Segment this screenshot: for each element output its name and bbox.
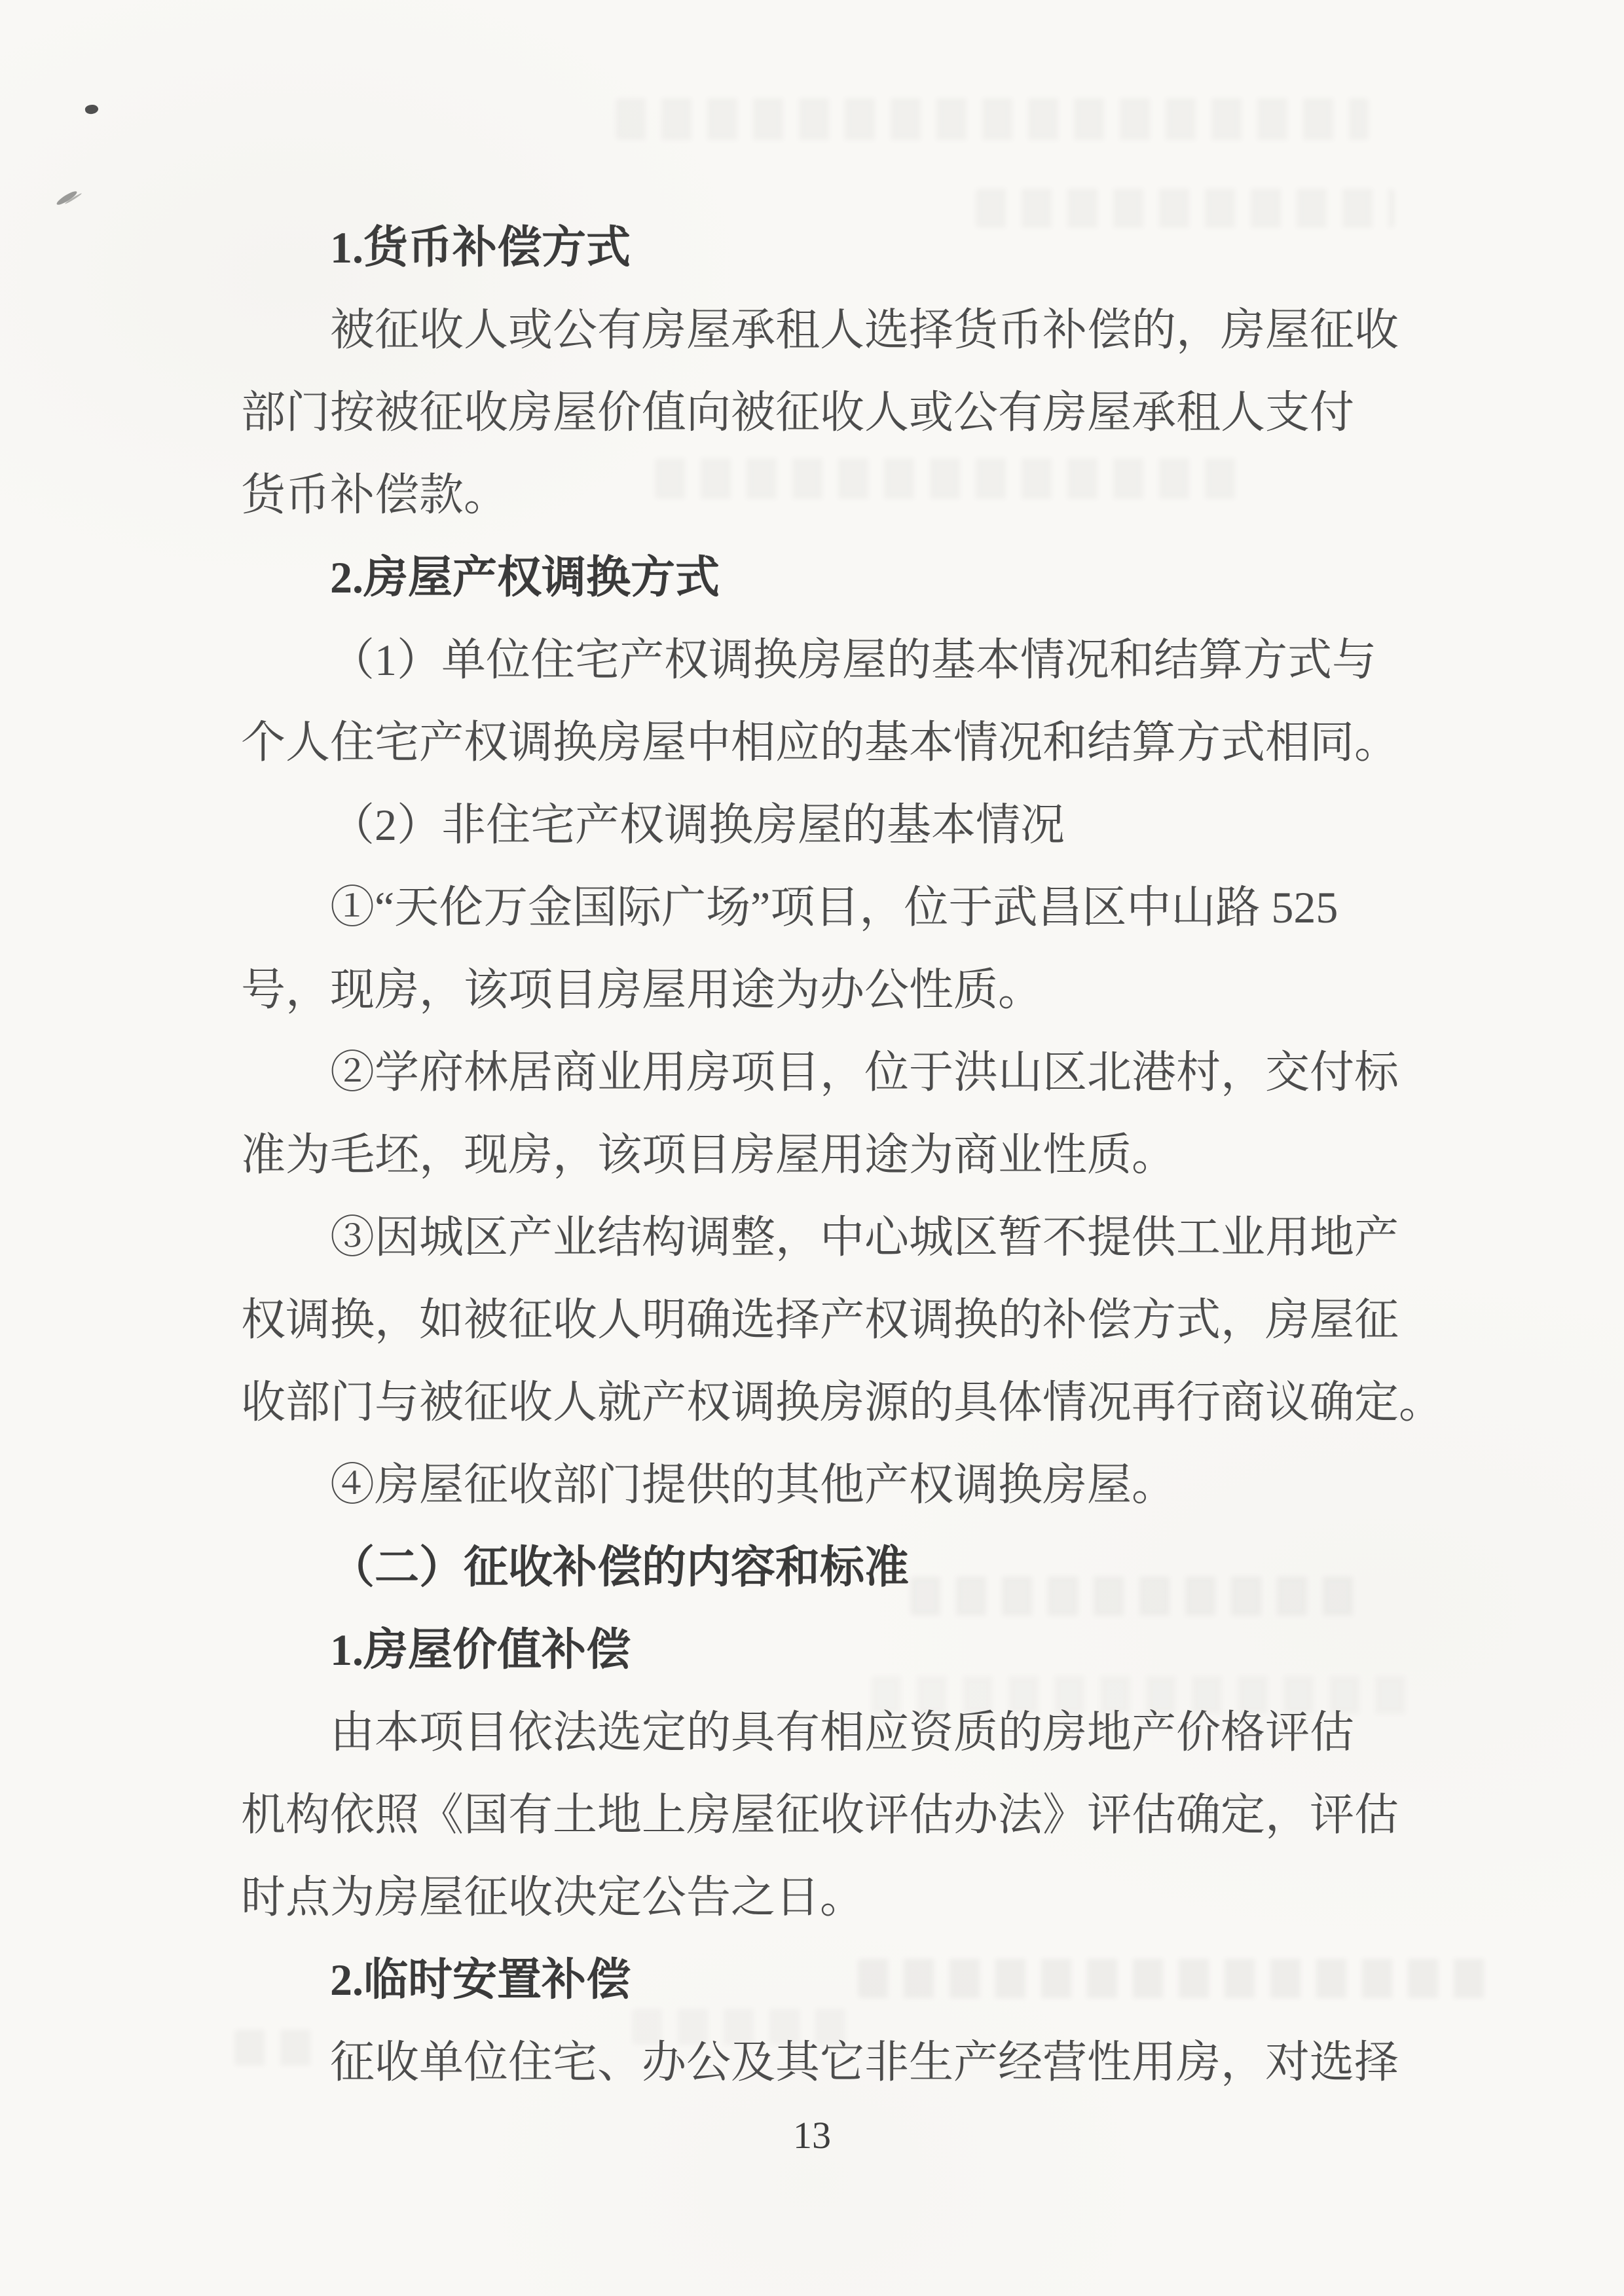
document-body: 1.货币补偿方式被征收人或公有房屋承租人选择货币补偿的，房屋征收部门按被征收房屋… — [241, 206, 1365, 2104]
text-line-9: ①“天伦万金国际广场”项目，位于武昌区中山路 525 — [241, 866, 1365, 949]
text-line-13: ③因城区产业结构调整，中心城区暂不提供工业用地产 — [241, 1196, 1365, 1279]
bleedthrough-smudge — [616, 98, 1369, 140]
text-line-11: ②学府林居商业用房项目，位于洪山区北港村，交付标 — [241, 1031, 1365, 1114]
text-line-1: 1.货币补偿方式 — [241, 206, 1365, 289]
text-line-16: ④房屋征收部门提供的其他产权调换房屋。 — [241, 1444, 1365, 1526]
text-line-21: 时点为房屋征收决定公告之日。 — [241, 1856, 1365, 1939]
text-line-2: 被征收人或公有房屋承租人选择货币补偿的，房屋征收 — [241, 289, 1365, 371]
text-line-4: 货币补偿款。 — [241, 454, 1365, 536]
text-line-20: 机构依照《国有土地上房屋征收评估办法》评估确定，评估 — [241, 1774, 1365, 1856]
text-line-7: 个人住宅产权调换房屋中相应的基本情况和结算方式相同。 — [241, 701, 1365, 784]
text-line-17: （二）征收补偿的内容和标准 — [241, 1526, 1365, 1609]
ink-speck — [55, 189, 78, 207]
text-line-19: 由本项目依法选定的具有相应资质的房地产价格评估 — [241, 1691, 1365, 1774]
text-line-10: 号，现房，该项目房屋用途为办公性质。 — [241, 949, 1365, 1031]
text-line-23: 征收单位住宅、办公及其它非生产经营性用房，对选择 — [241, 2021, 1365, 2104]
text-line-14: 权调换，如被征收人明确选择产权调换的补偿方式，房屋征 — [241, 1279, 1365, 1361]
text-line-6: （1）单位住宅产权调换房屋的基本情况和结算方式与 — [241, 619, 1365, 701]
text-line-5: 2.房屋产权调换方式 — [241, 536, 1365, 619]
ink-speck — [84, 103, 99, 115]
text-line-18: 1.房屋价值补偿 — [241, 1609, 1365, 1691]
text-line-8: （2）非住宅产权调换房屋的基本情况 — [241, 784, 1365, 866]
text-line-3: 部门按被征收房屋价值向被征收人或公有房屋承租人支付 — [241, 371, 1365, 454]
text-line-15: 收部门与被征收人就产权调换房源的具体情况再行商议确定。 — [241, 1361, 1365, 1444]
page-number: 13 — [760, 2113, 864, 2157]
scanned-document-page: 1.货币补偿方式被征收人或公有房屋承租人选择货币补偿的，房屋征收部门按被征收房屋… — [0, 0, 1624, 2296]
text-line-22: 2.临时安置补偿 — [241, 1939, 1365, 2021]
text-line-12: 准为毛坯，现房，该项目房屋用途为商业性质。 — [241, 1114, 1365, 1196]
